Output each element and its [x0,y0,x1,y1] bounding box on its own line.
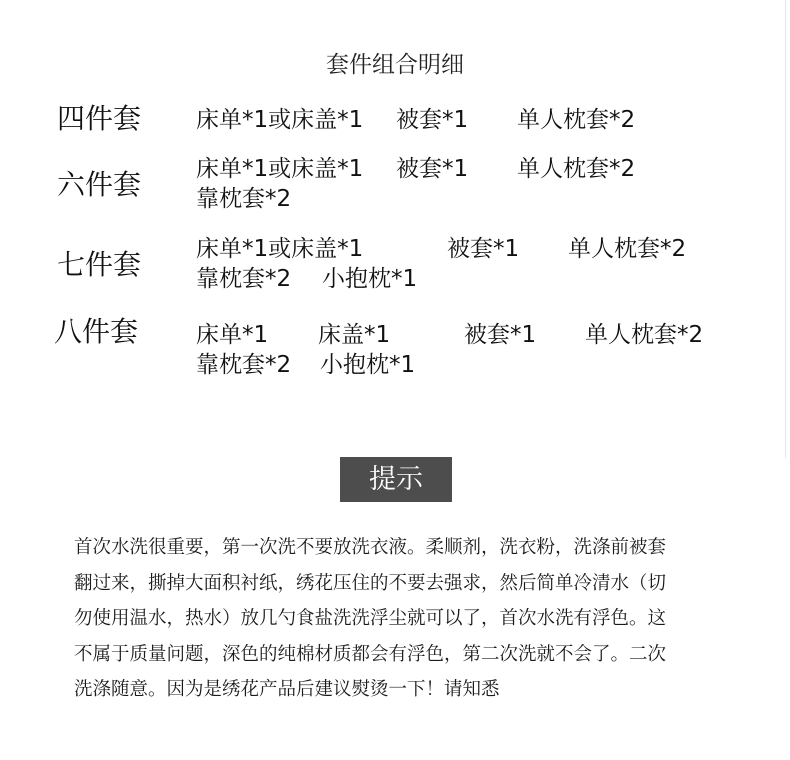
set-name-four-piece: 四件套 [57,97,141,137]
set-item: 床单*1 [196,316,268,349]
set-name-six-piece: 六件套 [57,163,141,203]
set-item: 床盖*1 [318,316,390,349]
set-item: 靠枕套*2 [196,180,291,213]
notice-line: 首次水洗很重要，第一次洗不要放洗衣液。柔顺剂，洗衣粉，洗涤前被套 [74,530,724,566]
set-item: 小抱枕*1 [320,346,415,379]
notice-line: 翻过来，撕掉大面积衬纸，绣花压住的不要去强求，然后简单冷清水（切 [74,566,724,602]
set-item: 床单*1或床盖*1 [196,230,363,263]
set-item: 被套*1 [396,150,468,183]
notice-line: 勿使用温水，热水）放几勺食盐洗洗浮尘就可以了，首次水洗有浮色。这 [74,601,724,637]
set-name-eight-piece: 八件套 [54,310,138,350]
notice-line: 洗涤随意。因为是绣花产品后建议熨烫一下！请知悉 [74,672,724,708]
set-name-seven-piece: 七件套 [57,243,141,283]
set-item: 被套*1 [396,101,468,134]
set-item: 床单*1或床盖*1 [196,101,363,134]
set-item: 单人枕套*2 [517,150,635,183]
set-item: 床单*1或床盖*1 [196,150,363,183]
notice-line: 不属于质量问题，深色的纯棉材质都会有浮色，第二次洗就不会了。二次 [74,637,724,673]
set-item: 靠枕套*2 [196,260,291,293]
set-item: 靠枕套*2 [196,346,291,379]
set-item: 被套*1 [447,230,519,263]
page-title: 套件组合明细 [0,46,790,79]
care-notice-paragraph: 首次水洗很重要，第一次洗不要放洗衣液。柔顺剂，洗衣粉，洗涤前被套 翻过来，撕掉大… [74,530,724,708]
set-item: 单人枕套*2 [585,316,703,349]
set-item: 单人枕套*2 [517,101,635,134]
set-item: 被套*1 [464,316,536,349]
set-item: 小抱枕*1 [322,260,417,293]
set-item: 单人枕套*2 [568,230,686,263]
tip-heading-badge: 提示 [340,457,452,502]
